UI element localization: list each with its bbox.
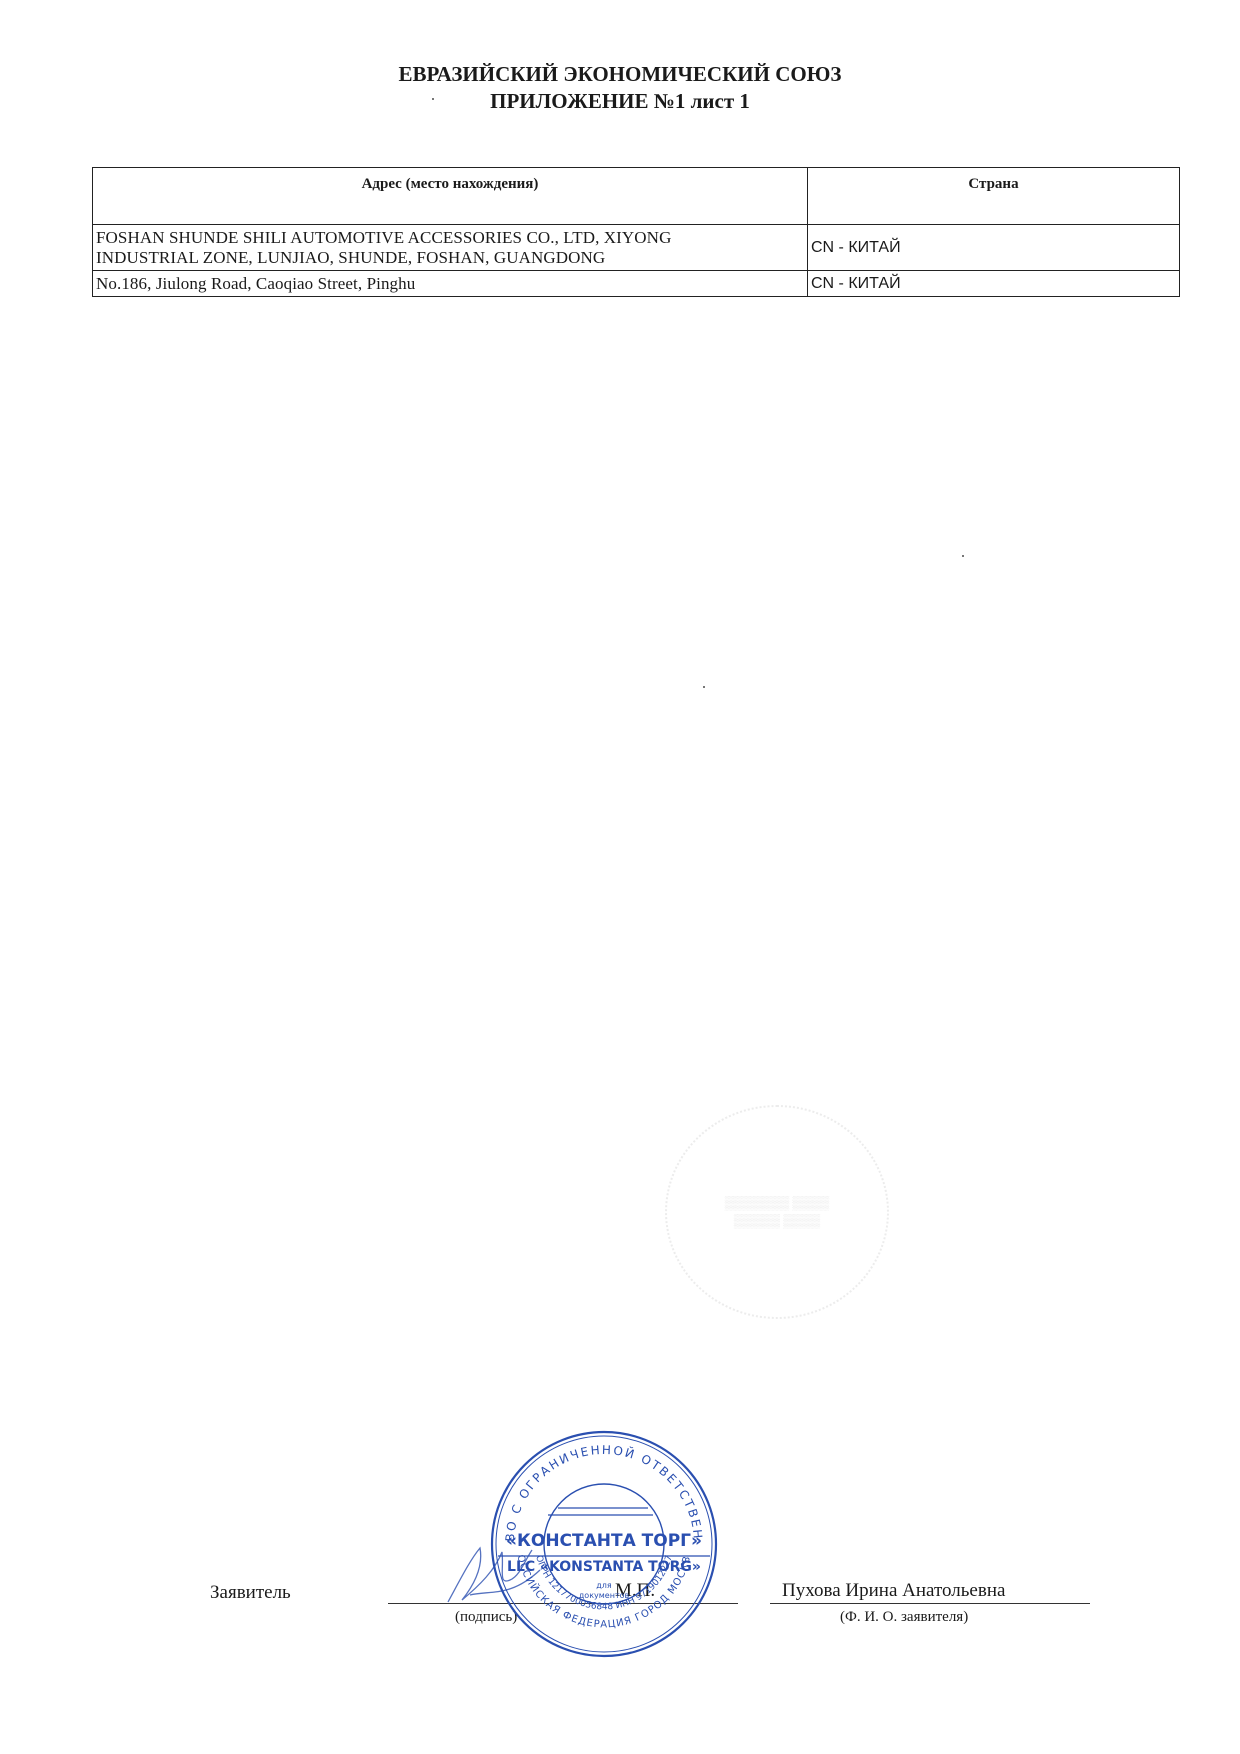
svg-text:«КОНСТАНТА ТОРГ»: «КОНСТАНТА ТОРГ» — [506, 1531, 702, 1551]
table-row: No.186, Jiulong Road, Caoqiao Street, Pi… — [93, 271, 1180, 297]
address-cell: FOSHAN SHUNDE SHILI AUTOMOTIVE ACCESSORI… — [93, 225, 808, 271]
applicant-name: Пухова Ирина Анатольевна — [782, 1580, 1005, 1602]
scan-speck — [432, 98, 434, 100]
appendix-subtitle: ПРИЛОЖЕНИЕ №1 лист 1 — [0, 88, 1240, 114]
column-header-country: Страна — [808, 168, 1180, 225]
name-line — [770, 1603, 1090, 1604]
document-title: ЕВРАЗИЙСКИЙ ЭКОНОМИЧЕСКИЙ СОЮЗ — [0, 61, 1240, 87]
applicant-label: Заявитель — [210, 1582, 291, 1604]
table-header-row: Адрес (место нахождения) Страна — [93, 168, 1180, 225]
scan-speck — [962, 555, 964, 557]
address-line: INDUSTRIAL ZONE, LUNJIAO, SHUNDE, FOSHAN… — [96, 248, 804, 268]
country-cell: CN - КИТАЙ — [808, 271, 1180, 297]
scan-speck — [703, 686, 705, 688]
address-cell: No.186, Jiulong Road, Caoqiao Street, Pi… — [93, 271, 808, 297]
country-cell: CN - КИТАЙ — [808, 225, 1180, 271]
name-caption: (Ф. И. О. заявителя) — [840, 1609, 968, 1626]
svg-text:документов: документов — [579, 1591, 630, 1600]
faded-stamp-impression: ▒▒▒▒▒▒▒ ▒▒▒▒ ▒▒▒▒▒ ▒▒▒▒ — [665, 1105, 889, 1319]
address-table: Адрес (место нахождения) Страна FOSHAN S… — [92, 167, 1180, 297]
address-line: FOSHAN SHUNDE SHILI AUTOMOTIVE ACCESSORI… — [96, 228, 804, 248]
column-header-address: Адрес (место нахождения) — [93, 168, 808, 225]
table-row: FOSHAN SHUNDE SHILI AUTOMOTIVE ACCESSORI… — [93, 225, 1180, 271]
svg-text:для: для — [596, 1581, 612, 1590]
company-seal-icon: ОБЩЕСТВО С ОГРАНИЧЕННОЙ ОТВЕТСТВЕННОСТЬЮ… — [488, 1428, 720, 1660]
